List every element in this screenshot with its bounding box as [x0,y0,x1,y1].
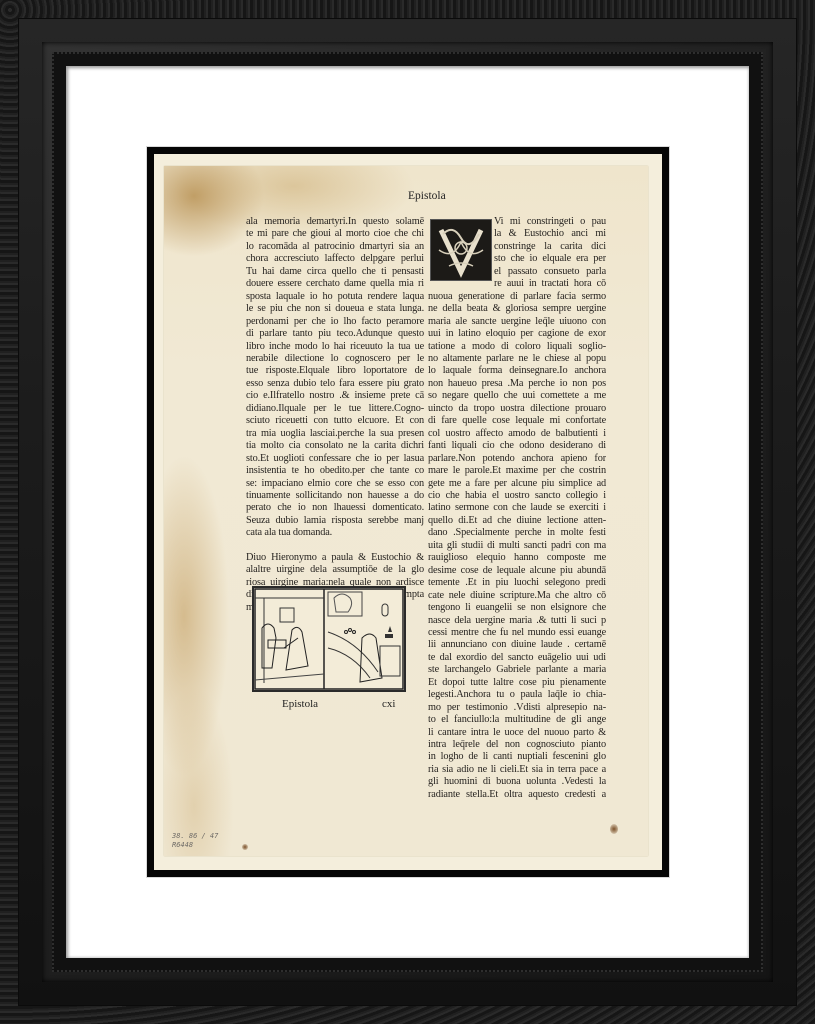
text-line: sposta laquale io ho potuta rendere laqu… [246,291,424,303]
text-line: tia molto cia consolato ne la carita dic… [246,440,424,452]
text-line: parlare.Non potendo anchora apieno for [428,453,606,465]
text-line: li cantare intra le uoce del nuouo parto… [428,727,606,739]
text-line: se: impaciano elmio core che se esso con [246,478,424,490]
accession-line-2: R6448 [172,841,218,850]
text-line: mo per testimonio .Vdisti alpresepio na- [428,702,606,714]
text-line: ne della beata & gloriosa sempre uergine [428,303,606,315]
left-text-column: ala memoria demartyri.In questo solamēte… [246,216,424,614]
text-line: tinuamente sollicitando non hauesse a do [246,490,424,502]
text-line: Vi mi constringeti o pau [428,216,606,228]
signature-mark-title: Epistola [282,698,318,710]
text-line: esso senza dubio telo fara essere piu gr… [246,378,424,390]
text-line: nuoua generatione di parlare facia sermo [428,291,606,303]
text-line: nerabile dilectione lo cognoscero per le [246,353,424,365]
text-line: cio e.Ilfratello nostro .& insieme prete… [246,390,424,402]
text-line: tue risposte.Elquale libro loportatore d… [246,365,424,377]
text-line: rauiglioso elequio hanno composte me [428,552,606,564]
text-line: te mi pare che gioui al morto cioe che c… [246,228,424,240]
text-line: libro inche modo lo hai riceuuto la tua … [246,341,424,353]
text-line: perato che io non lhauessi domenticato. [246,502,424,514]
text-line: so negare quello che uui comettete a me [428,390,606,402]
text-line: tatione a modo di coloro liquali soglio- [428,341,606,353]
text-line: cio che habia el uostro sancto collegio … [428,490,606,502]
text-line: Et dopoi tutte laltre cose piu pienament… [428,677,606,689]
text-line: radiante stella.Et oltra aquesto credest… [428,789,606,801]
running-head: Epistola [408,190,446,202]
text-line: uita gli studii di multi sancti padri co… [428,540,606,552]
text-line: tra mia uoglia lasciai.perche la sua pre… [246,428,424,440]
woodcut-illustration [252,586,406,692]
text-line: to el fanciullo:la multitudine de gli an… [428,714,606,726]
text-line: le se piu che non si doueua e stata lung… [246,303,424,315]
folio-number: cxi [382,698,395,710]
text-line: cata ala tua domanda. [246,527,424,539]
text-line: lo laquale forma deinsegnare.Io anchora [428,365,606,377]
text-line: in logho de li canti nuptiali fescenini … [428,751,606,763]
text-line: perdonami per che io lho facto peramore [246,316,424,328]
text-line: nasce dela uergine maria .& tutti li suc… [428,615,606,627]
text-line: di parlare tanto piu teco.Adunque questo [246,328,424,340]
text-line: lo racomāda al patrocinio dmartyri sia a… [246,241,424,253]
text-line: insistentia te ho obedito.per che tante … [246,465,424,477]
text-line: desime cose de lequale alcune piu abundā [428,565,606,577]
text-line: quello di.Et ad che diuine lectione atte… [428,515,606,527]
text-line: intra leq̄rele del non cognosciuto piant… [428,739,606,751]
accession-number: 38. 86 / 47 R6448 [172,832,218,849]
text-line: maria ale sancte uergine leq̄le uiuono c… [428,316,606,328]
text-line: col uostro affecto amodo de balbutienti … [428,428,606,440]
text-line: tengono li euangelii se non elsignore ch… [428,602,606,614]
paragraph-gap [246,540,424,552]
text-line: mare le parole.Et maxime per che costrin [428,465,606,477]
foxing-stain [610,824,618,834]
text-line: legesti.Anchora tu o paula laq̄le io chi… [428,689,606,701]
text-line: latino sermone con che laude se exerciti… [428,502,606,514]
right-text-column: Vi mi constringeti o paula & Eustochio a… [428,216,606,801]
text-line: ria sia adio ne li cieli.Et sia in terra… [428,764,606,776]
text-line: temente .Et in piu luochi selegono predi [428,577,606,589]
incunable-leaf: Epistola ala memoria demartyri.In questo… [164,166,648,856]
text-line: constringe la carita dici [428,241,606,253]
text-line: lii annunciano con diuine laude . certam… [428,639,606,651]
text-line: Seuza dubio lamia risposta serebbe manj [246,515,424,527]
text-line: didiano.Ilquale per le tue littere.Cogno… [246,403,424,415]
text-line: el passato consueto parla [428,266,606,278]
text-line: cessi mentre che fu nel mundo essi euang… [428,627,606,639]
text-line: sto che io elquale era per [428,253,606,265]
text-line: gli huomini di buona uolunta .Vedesti la [428,776,606,788]
text-line: uui in latino eloquio per cagione de exo… [428,328,606,340]
text-line: uincto da tropo uostra dilectione prouar… [428,403,606,415]
foxing-stain-small [242,844,248,850]
accession-line-1: 38. 86 / 47 [172,832,218,841]
text-line: Tu hai dame circa quello che ti pensasti [246,266,424,278]
text-line: di fare quelle cose lequale mi confortat… [428,415,606,427]
text-line: te dal exordio del sancto euāgelio uui u… [428,652,606,664]
text-line: sto.Et uoglioti confessare che io per la… [246,453,424,465]
text-line: re auui in tractati hora cō [428,278,606,290]
text-line: dano .Specialmente perche in molte festi [428,527,606,539]
text-line: non haueuo presa .Ma perche io non pos [428,378,606,390]
text-line: no altamente parlare ne le chiese al pop… [428,353,606,365]
text-line: ste larchangelo Gabriele parlante a mari… [428,664,606,676]
text-line: alaltre uirgine dela assumptiōe de la gl… [246,564,424,576]
text-line: gete me a fare per alcune piu simplice a… [428,478,606,490]
text-line: cate nele diuine scripture.Ma che altro … [428,590,606,602]
text-line: douere essere cerchato dame quella mia r… [246,278,424,290]
text-line: la & Eustochio anci mi [428,228,606,240]
text-line: Diuo Hieronymo a paula & Eustochio & [246,552,424,564]
text-line: chora accresciuto laffecto delpgare perl… [246,253,424,265]
text-line: fanti liquali cio che odono desiderano d… [428,440,606,452]
text-line: sciuto riceuetti con tutto elcuore. Et c… [246,415,424,427]
woodcut-scene-icon [254,588,404,690]
text-line: ala memoria demartyri.In questo solamē [246,216,424,228]
